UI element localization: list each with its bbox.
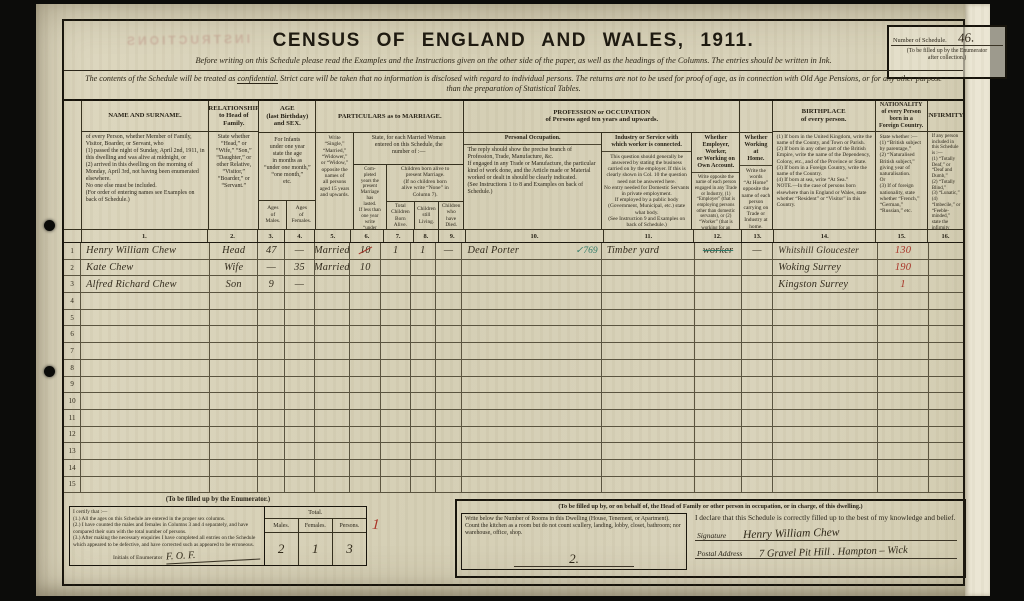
cell [258,343,285,359]
cell [929,260,963,276]
householder-heading: (To be filled up by, or on behalf of, th… [460,503,961,510]
table-header: NAME AND SURNAME. of every Person, wheth… [64,99,963,229]
cell: 190 [878,260,928,276]
relationship-instructions: State whether “Head,” or “Wife,” “Son,” … [209,132,258,229]
cell [411,427,436,443]
total-females-value: 1 [299,533,333,565]
col-header-relationship: RELATIONSHIP to Head of Family. State wh… [209,101,259,229]
name-instructions: of every Person, whether Member of Famil… [82,132,209,229]
cell: — [258,260,285,276]
cell: Married [315,243,350,259]
cell [315,427,350,443]
rooms-value: 2. [514,551,634,568]
rooms-text: Write below the Number of Rooms in this … [465,516,683,537]
cell [81,343,210,359]
cell [695,427,742,443]
row-number: 6 [64,326,81,342]
row-number: 8 [64,360,81,376]
row-number: 5 [64,310,81,326]
postal-address-label: Postal Address [697,549,742,558]
marriage-write-instructions: Write “Single,” “Married,” “Widower,” or… [316,133,354,229]
cell: Wife [210,260,259,276]
cell [695,360,742,376]
total-males-value: 2 [265,533,299,565]
cell [381,427,411,443]
cell [773,443,878,459]
postal-address-value: 7 Gravel Pit Hill . Hampton – Wick [747,545,908,560]
age-instructions: For Infants under one year state the age… [259,133,315,200]
column-number [64,230,82,242]
cell [742,276,773,292]
cell [602,310,696,326]
table-row: 14 [64,460,963,477]
cell [381,393,411,409]
cell [210,443,259,459]
cell [350,310,381,326]
cell [436,293,463,309]
page-title: CENSUS OF ENGLAND AND WALES, 1911. [64,21,963,52]
cell [258,477,285,493]
cell [258,410,285,426]
cell [695,293,742,309]
cell [285,377,315,393]
cell [411,410,436,426]
confidential-note-b: Strict care will be taken that no inform… [278,74,942,83]
cell: Henry William Chew [81,243,210,259]
cell [381,477,411,493]
cell [381,460,411,476]
table-row: 3Alfred Richard ChewSon9—Kingston Surrey… [64,276,963,293]
stray-red-mark: 1 [371,517,380,534]
cell [462,343,601,359]
cell [285,427,315,443]
cell [350,427,381,443]
cell [210,477,259,493]
cell [258,427,285,443]
cell [258,360,285,376]
paper-edge [965,4,990,596]
cell [436,343,463,359]
cell [81,410,210,426]
cell [285,310,315,326]
cell [315,393,350,409]
col-header-name: NAME AND SURNAME. of every Person, wheth… [82,101,210,229]
col-header-nationality: NATIONALITY of every Person born in a Fo… [876,101,928,229]
total-females-header: Females. [299,519,333,532]
cell [602,460,696,476]
cell [350,276,381,292]
cell [929,410,963,426]
column-number-row: 1.2.3.4.5.6.7.8.9.10.11.12.13.14.15.16. [64,229,963,243]
cell [695,460,742,476]
marriage-state-instructions: State, for each Married Woman entered on… [354,133,464,165]
cell [315,360,350,376]
cell [210,326,259,342]
cell [350,393,381,409]
cell [602,410,696,426]
cell: — [285,276,315,292]
cell [350,293,381,309]
cell [602,477,696,493]
children-born-header: Children born alive to present Marriage.… [387,165,464,202]
row-number: 1 [64,243,81,259]
col-header-marriage-group: PARTICULARS as to MARRIAGE. Write “Singl… [316,101,464,229]
employer-worker-instructions: Write opposite the name of each person e… [692,173,739,229]
row-number: 15 [64,477,81,493]
cell [436,310,463,326]
cell [462,410,601,426]
cell [695,326,742,342]
cell [381,377,411,393]
cell [411,326,436,342]
householder-box: (To be filled up by, or on behalf of, th… [455,499,966,578]
cell [878,293,928,309]
cell [436,410,463,426]
children-total-header: Total Children Born Alive. [387,202,415,229]
industry-header: Industry or Service with which worker is… [602,133,692,152]
table-row: 1Henry William ChewHead47—Married1011—De… [64,243,963,260]
masthead: CENSUS OF ENGLAND AND WALES, 1911. Befor… [64,21,963,99]
column-number: 9. [439,230,466,242]
cell [81,326,210,342]
cell [462,377,601,393]
profession-title: PROFESSION or OCCUPATION of Persons aged… [464,101,739,133]
working-at-home-instructions: Write the words “At Home” opposite the n… [740,166,771,229]
enumerator-box: I certify that :— (1.) All the ages on t… [69,506,367,566]
cell [929,310,963,326]
confidential-note-c: than the preparation of Statistical Tabl… [446,84,580,93]
cell [742,393,773,409]
cell [381,410,411,426]
relationship-title: RELATIONSHIP to Head of Family. [209,101,258,132]
cell: Kingston Surrey [773,276,878,292]
table-row: 13 [64,443,963,460]
cell [411,343,436,359]
column-number: 1. [82,230,209,242]
column-number: 4. [285,230,315,242]
cell [315,460,350,476]
cell [742,443,773,459]
cell [878,443,928,459]
cell [742,326,773,342]
cell [773,293,878,309]
cell [929,293,963,309]
column-number: 15. [876,230,928,242]
row-number: 3 [64,276,81,292]
row-number-column-header [64,101,82,229]
confidential-note-a: The contents of the Schedule will be tre… [85,74,237,83]
cell [773,326,878,342]
cell [285,326,315,342]
table-row: 11 [64,410,963,427]
table-row: 6 [64,326,963,343]
cell [773,377,878,393]
nationality-title: NATIONALITY of every Person born in a Fo… [876,101,927,132]
cell [81,393,210,409]
cell [258,393,285,409]
cell: 35 [285,260,315,276]
cell [411,310,436,326]
cell [210,377,259,393]
cell [315,310,350,326]
table-row: 7 [64,343,963,360]
cell [81,477,210,493]
cell [773,343,878,359]
row-number: 7 [64,343,81,359]
name-title: NAME AND SURNAME. [82,101,209,132]
cell [602,276,696,292]
enumerator-teal-mark: ✓769 [575,245,600,256]
cell: — [436,243,463,259]
cell [462,260,601,276]
cell [695,393,742,409]
cell [695,260,742,276]
cell [381,293,411,309]
cell [350,410,381,426]
cell [773,360,878,376]
punch-hole [44,220,55,231]
cell [742,477,773,493]
cell [695,310,742,326]
cell [436,326,463,342]
infirmity-title: INFIRMITY. [928,101,963,132]
row-number: 14 [64,460,81,476]
cell [315,477,350,493]
cell [285,477,315,493]
confidential-note-underlined: confidential. [237,74,278,84]
cell [436,377,463,393]
table-row: 15 [64,477,963,494]
cell [742,410,773,426]
cell: Alfred Richard Chew [81,276,210,292]
cell [285,460,315,476]
column-number: 13. [742,230,774,242]
cell [878,343,928,359]
industry-instructions: This question should generally be answer… [602,152,692,229]
cell [929,393,963,409]
cell [315,443,350,459]
cell [411,293,436,309]
table-row: 2Kate ChewWife—35Married10Woking Surrey1… [64,260,963,277]
cell [285,360,315,376]
total-persons-header: Persons. [333,519,366,532]
cell: Woking Surrey [773,260,878,276]
cell [929,477,963,493]
personal-occupation-header: Personal Occupation. [464,133,600,145]
cell: 1 [878,276,928,292]
cell [381,343,411,359]
cell: Kate Chew [81,260,210,276]
cell [350,443,381,459]
table-row: 10 [64,393,963,410]
cell [878,460,928,476]
cell: 1 [411,243,436,259]
column-number: 12. [694,230,742,242]
cell [381,310,411,326]
cell [878,410,928,426]
cell [462,393,601,409]
census-scan: INSTRUCTIONS Number of Schedule. 46. (To… [0,0,1024,601]
cell: worker [695,243,742,259]
row-number: 2 [64,260,81,276]
cell [602,393,696,409]
cell [81,460,210,476]
cell [210,360,259,376]
cell [411,260,436,276]
cell: Deal Porter✓769 [462,243,601,259]
census-form: INSTRUCTIONS Number of Schedule. 46. (To… [62,19,965,586]
row-number: 10 [64,393,81,409]
cell [929,326,963,342]
cell [602,443,696,459]
cell [742,377,773,393]
cell [462,360,601,376]
cell: 1 [381,243,411,259]
cell [462,477,601,493]
cell [350,460,381,476]
cell [929,443,963,459]
confidential-note: The contents of the Schedule will be tre… [64,70,963,96]
certify-text: I certify that :— (1.) All the ages on t… [73,509,261,548]
declaration: I declare that this Schedule is correctl… [691,512,961,572]
cell [210,427,259,443]
cell [350,377,381,393]
cell [929,427,963,443]
cell [436,393,463,409]
ages-females-header: Ages of Females. [287,201,315,229]
cell [285,393,315,409]
cell: Married [315,260,350,276]
cell [742,360,773,376]
cell: Whitshill Gloucester [773,243,878,259]
cell [436,460,463,476]
punch-hole [44,366,55,377]
cell [929,276,963,292]
cell [258,326,285,342]
rooms-box: Write below the Number of Rooms in this … [461,513,687,570]
column-number: 2. [208,230,258,242]
cell [773,310,878,326]
cell [695,443,742,459]
cell: 10 [350,243,381,259]
cell [258,377,285,393]
infirmity-instructions: If any person included in this Schedule … [928,132,963,229]
cell [411,377,436,393]
cell [210,293,259,309]
totals-table: Total. Males. Females. Persons. 2 1 3 [264,507,366,565]
cell [381,260,411,276]
cell [878,360,928,376]
cell [695,477,742,493]
cell [436,443,463,459]
cell [436,276,463,292]
cell [602,360,696,376]
cell [929,460,963,476]
total-persons-value: 3 [333,533,366,565]
row-number: 12 [64,427,81,443]
cell [381,276,411,292]
column-number: 8. [414,230,439,242]
cell [411,460,436,476]
cell: Son [210,276,259,292]
column-number: 14. [774,230,876,242]
cell [602,293,696,309]
age-title: AGE (last Birthday) and SEX. [259,101,315,133]
children-living-header: Children still Living. [415,202,439,229]
signature-label: Signature [697,531,726,540]
masthead-instruction: Before writing on this Schedule please r… [64,56,963,65]
row-number: 11 [64,410,81,426]
col-header-infirmity: INFIRMITY. If any person included in thi… [928,101,963,229]
total-males-header: Males. [265,519,299,532]
column-number: 7. [384,230,414,242]
cell [81,377,210,393]
cell [315,293,350,309]
total-caption: Total. [265,507,366,519]
cell [381,326,411,342]
cell [285,410,315,426]
cell: — [742,243,773,259]
cell [81,293,210,309]
cell [462,276,601,292]
ages-males-header: Ages of Males. [259,201,287,229]
cell [742,293,773,309]
cell [462,326,601,342]
cell [695,410,742,426]
table-row: 12 [64,427,963,444]
cell [210,310,259,326]
cell [210,343,259,359]
cell [878,377,928,393]
column-number: 16. [928,230,963,242]
table-row: 5 [64,310,963,327]
cell [258,293,285,309]
cell [462,460,601,476]
cell [602,427,696,443]
cell [411,393,436,409]
row-number: 4 [64,293,81,309]
cell [602,260,696,276]
employer-worker-header: Whether Employer, Worker, or Working on … [692,133,739,173]
table-body: 1Henry William ChewHead47—Married1011—De… [64,243,963,493]
cell: 130 [878,243,928,259]
cell [315,343,350,359]
cell: Head [210,243,259,259]
cell [462,293,601,309]
paper-sheet: INSTRUCTIONS Number of Schedule. 46. (To… [36,4,990,596]
cell: — [285,243,315,259]
cell [436,260,463,276]
cell [315,276,350,292]
cell [411,276,436,292]
cell [742,310,773,326]
cell [695,276,742,292]
marriage-years-header: Com- pleted years the present Marriage h… [354,165,387,229]
cell [773,393,878,409]
cell [350,477,381,493]
cell [462,427,601,443]
table-row: 8 [64,360,963,377]
cell [285,443,315,459]
cell [285,293,315,309]
cell [878,310,928,326]
cell [350,326,381,342]
cell [773,477,878,493]
table-row: 4 [64,293,963,310]
cell [258,443,285,459]
signature-value: Henry William Chew [731,527,840,542]
footer-zone: (To be filled up by the Enumerator.) I c… [64,493,963,595]
